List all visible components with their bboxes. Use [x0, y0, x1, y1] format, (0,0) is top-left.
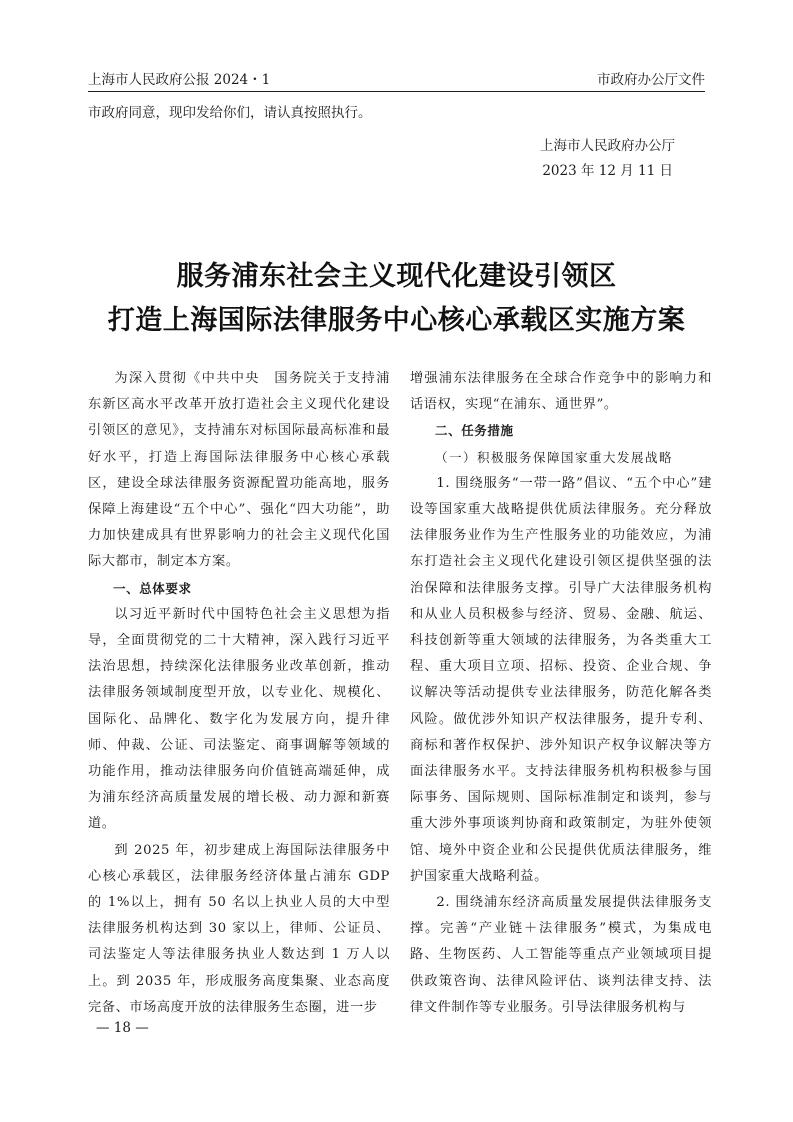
right-column: 增强浦东法律服务在全球合作竞争中的影响力和话语权，实现“在浦东、通世界”。 二、…	[410, 366, 712, 1021]
task-item-1: 1. 围绕服务“一带一路”倡议、“五个中心”建设等国家重大战略提供优质法律服务。…	[410, 471, 712, 890]
title-line-1: 服务浦东社会主义现代化建设引领区	[0, 255, 793, 299]
page-number: — 18 —	[96, 1020, 149, 1036]
section-heading-general-requirements: 一、总体要求	[88, 576, 390, 602]
document-category: 市政府办公厅文件	[597, 68, 705, 88]
title-line-2: 打造上海国际法律服务中心核心承载区实施方案	[0, 299, 793, 343]
section-heading-tasks: 二、任务措施	[410, 418, 712, 444]
task-item-2: 2. 围绕浦东经济高质量发展提供法律服务支撑。完善“产业链＋法律服务”模式，为集…	[410, 890, 712, 1021]
running-header: 上海市人民政府公报 2024・1 市政府办公厅文件	[88, 64, 705, 92]
goals-paragraph-continued: 增强浦东法律服务在全球合作竞争中的影响力和话语权，实现“在浦东、通世界”。	[410, 366, 712, 418]
left-column: 为深入贯彻《中共中央 国务院关于支持浦东新区高水平改革开放打造社会主义现代化建设…	[88, 366, 390, 1021]
guiding-principle-paragraph: 以习近平新时代中国特色社会主义思想为指导，全面贯彻党的二十大精神，深入践行习近平…	[88, 602, 390, 838]
signature-organization: 上海市人民政府办公厅	[540, 134, 675, 154]
signature-date: 2023 年 12 月 11 日	[542, 159, 673, 179]
document-title: 服务浦东社会主义现代化建设引领区 打造上海国际法律服务中心核心承载区实施方案	[0, 255, 793, 343]
publication-name: 上海市人民政府公报 2024・1	[88, 68, 270, 88]
forwarding-notice: 市政府同意，现印发给你们，请认真按照执行。	[88, 101, 372, 121]
subsection-heading-national-strategy: （一）积极服务保障国家重大发展战略	[410, 445, 712, 471]
preamble-paragraph: 为深入贯彻《中共中央 国务院关于支持浦东新区高水平改革开放打造社会主义现代化建设…	[88, 366, 390, 576]
goals-paragraph: 到 2025 年，初步建成上海国际法律服务中心核心承载区，法律服务经济体量占浦东…	[88, 838, 390, 1021]
